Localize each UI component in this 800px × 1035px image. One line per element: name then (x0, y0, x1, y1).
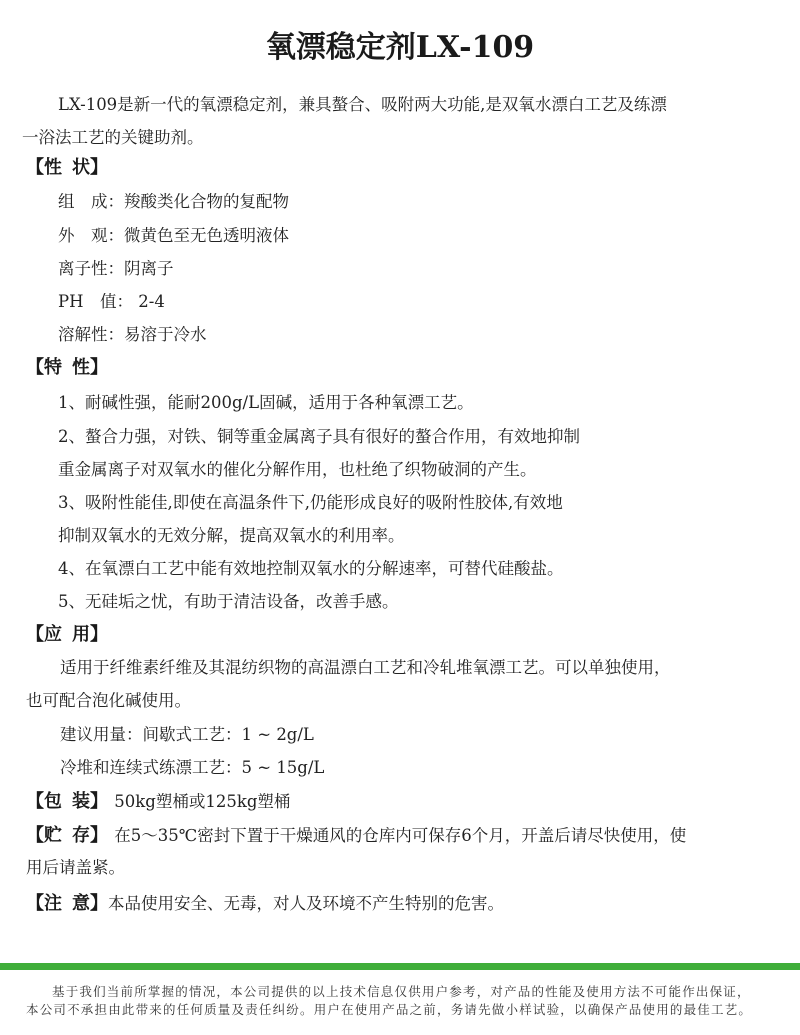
storage-text: 在5～35℃密封下置于干燥通风的仓库内可保存6个月，开盖后请尽快使用，使 (114, 826, 686, 845)
property-label: 离子性： (58, 259, 124, 278)
intro-line-2: 一浴法工艺的关键助剂。 (22, 128, 204, 148)
bracket-left: 【 (26, 157, 44, 178)
feature-line: 2、螯合力强，对铁、铜等重金属离子具有很好的螯合作用，有效地抑制 (58, 427, 580, 447)
page-title: 氧漂稳定剂LX-109 (0, 22, 800, 66)
property-value: 阴离子 (124, 259, 174, 278)
section-header-features: 【特性】 (26, 357, 108, 379)
section-header-application: 【应用】 (26, 624, 108, 646)
notice-text: 本品使用安全、无毒，对人及环境不产生特别的危害。 (108, 894, 504, 913)
property-label: PH 值： (58, 292, 133, 311)
feature-line: 重金属离子对双氧水的催化分解作用，也杜绝了织物破洞的产生。 (58, 460, 537, 480)
feature-line: 1、耐碱性强，能耐200g/L固碱，适用于各种氧漂工艺。 (58, 393, 474, 413)
property-row: 溶解性：易溶于冷水 (58, 325, 207, 345)
property-value: 羧酸类化合物的复配物 (124, 192, 289, 211)
intro-line-1: LX-109是新一代的氧漂稳定剂，兼具螯合、吸附两大功能,是双氧水漂白工艺及练漂 (58, 95, 667, 115)
feature-line: 4、在氧漂白工艺中能有效地控制双氧水的分解速率，可替代硅酸盐。 (58, 559, 564, 579)
disclaimer-line-1: 基于我们当前所掌握的情况，本公司提供的以上技术信息仅供用户参考，对产品的性能及使… (52, 984, 751, 1000)
section-header-properties: 【性状】 (26, 157, 108, 179)
property-row: 外 观：微黄色至无色透明液体 (58, 226, 289, 246)
feature-line: 抑制双氧水的无效分解，提高双氧水的利用率。 (58, 526, 405, 546)
dosage-line: 冷堆和连续式练漂工艺：5 ~ 15g/L (60, 758, 324, 778)
property-value: 微黄色至无色透明液体 (124, 226, 289, 245)
application-line: 适用于纤维素纤维及其混纺织物的高温漂白工艺和冷轧堆氧漂工艺。可以单独使用， (60, 658, 671, 678)
packaging-text: 50kg塑桶或125kg塑桶 (114, 792, 290, 811)
section-header-storage: 【贮存】 在5～35℃密封下置于干燥通风的仓库内可保存6个月，开盖后请尽快使用，… (26, 825, 686, 847)
disclaimer-line-2: 本公司不承担由此带来的任何质量及责任纠纷。用户在使用产品之前，务请先做小样试验，… (26, 1002, 752, 1018)
feature-line: 5、无硅垢之忧，有助于清洁设备，改善手感。 (58, 592, 399, 612)
property-value: 易溶于冷水 (124, 325, 207, 344)
property-value: 2-4 (133, 292, 165, 311)
property-row: PH 值： 2-4 (58, 292, 165, 312)
property-row: 组 成：羧酸类化合物的复配物 (58, 192, 289, 212)
dosage-line: 建议用量：间歇式工艺：1 ~ 2g/L (60, 725, 314, 745)
bracket-right: 】 (90, 157, 108, 178)
property-row: 离子性：阴离子 (58, 259, 174, 279)
green-divider-bar (0, 963, 800, 970)
feature-line: 3、吸附性能佳,即使在高温条件下,仍能形成良好的吸附性胶体,有效地 (58, 493, 563, 513)
section-header-notice: 【注意】本品使用安全、无毒，对人及环境不产生特别的危害。 (26, 893, 504, 915)
storage-text-continued: 用后请盖紧。 (26, 858, 125, 878)
section-header-packaging: 【包装】 50kg塑桶或125kg塑桶 (26, 791, 290, 813)
property-label: 外 观： (58, 226, 124, 245)
application-line: 也可配合泡化碱使用。 (26, 691, 191, 711)
property-label: 溶解性： (58, 325, 124, 344)
property-label: 组 成： (58, 192, 124, 211)
